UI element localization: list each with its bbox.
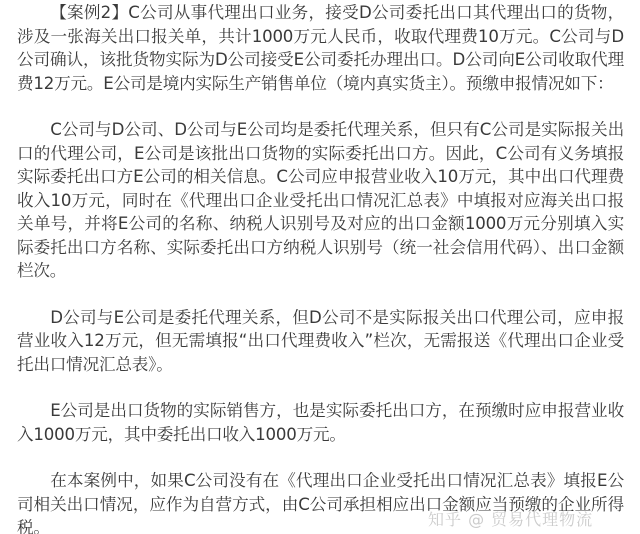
paragraph-spacer xyxy=(17,446,624,469)
article-body: 【案例2】C公司从事代理出口业务，接受D公司委托出口其代理出口的货物，涉及一张海… xyxy=(0,0,640,534)
paragraph-company-c: C公司与D公司、D公司与E公司均是委托代理关系，但只有C公司是实际报关出口的代理… xyxy=(17,118,624,283)
paragraph-company-d: D公司与E公司是委托代理关系，但D公司不是实际报关出口代理公司，应申报营业收入1… xyxy=(17,306,624,377)
paragraph-spacer xyxy=(17,376,624,399)
watermark: 知乎 @ 贸易代理物流 xyxy=(428,507,593,530)
paragraph-spacer xyxy=(17,283,624,306)
paragraph-company-e: E公司是出口货物的实际销售方，也是实际委托出口方，在预缴时应申报营业收入1000… xyxy=(17,399,624,446)
paragraph-case-intro: 【案例2】C公司从事代理出口业务，接受D公司委托出口其代理出口的货物，涉及一张海… xyxy=(17,0,624,95)
paragraph-spacer xyxy=(17,95,624,118)
